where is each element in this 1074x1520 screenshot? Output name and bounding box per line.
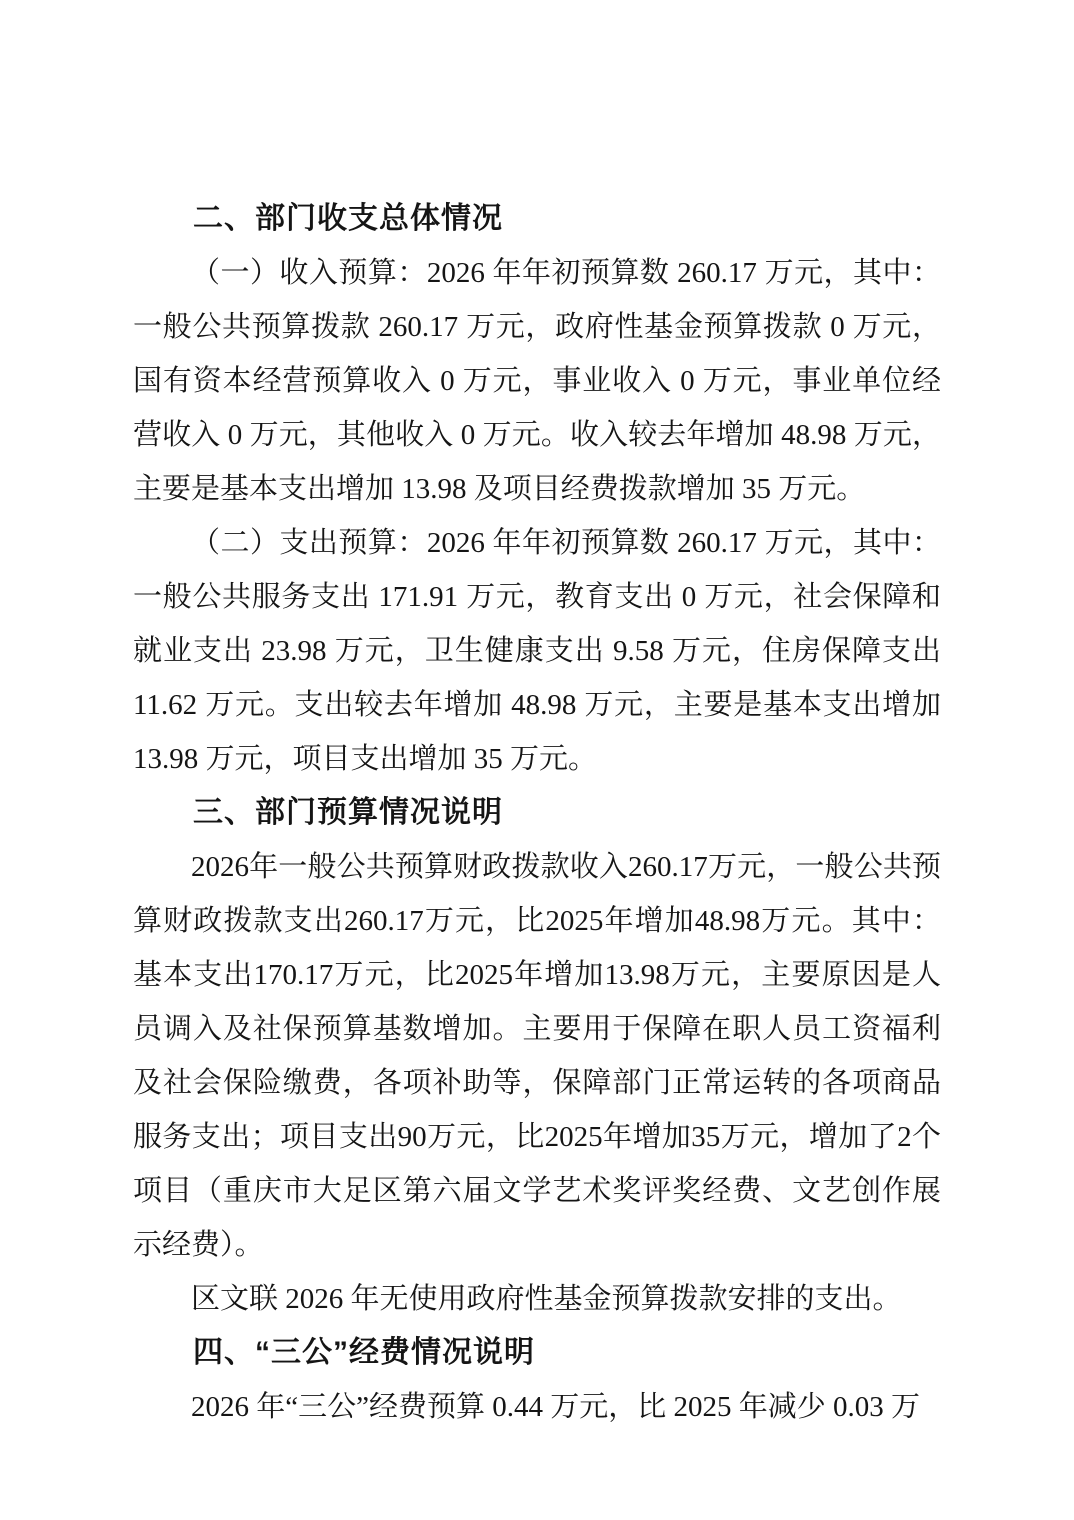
document-page: 二、部门收支总体情况 （一）收入预算：2026 年年初预算数 260.17 万元…	[0, 0, 1074, 1520]
paragraph-general-budget-detail: 2026年一般公共预算财政拨款收入260.17万元，一般公共预算财政拨款支出26…	[133, 840, 941, 1272]
paragraph-three-public-funds-intro: 2026 年“三公”经费预算 0.44 万元，比 2025 年减少 0.03 万	[133, 1380, 941, 1434]
document-content: 二、部门收支总体情况 （一）收入预算：2026 年年初预算数 260.17 万元…	[133, 192, 941, 1434]
paragraph-expenditure-budget: （二）支出预算：2026 年年初预算数 260.17 万元，其中：一般公共服务支…	[133, 516, 941, 786]
paragraph-government-fund-note: 区文联 2026 年无使用政府性基金预算拨款安排的支出。	[133, 1272, 941, 1326]
section-heading-revenue-expenditure-overview: 二、部门收支总体情况	[133, 192, 941, 246]
section-heading-budget-explanation: 三、部门预算情况说明	[133, 786, 941, 840]
paragraph-income-budget: （一）收入预算：2026 年年初预算数 260.17 万元，其中：一般公共预算拨…	[133, 246, 941, 516]
section-heading-three-public-funds: 四、“三公”经费情况说明	[133, 1326, 941, 1380]
